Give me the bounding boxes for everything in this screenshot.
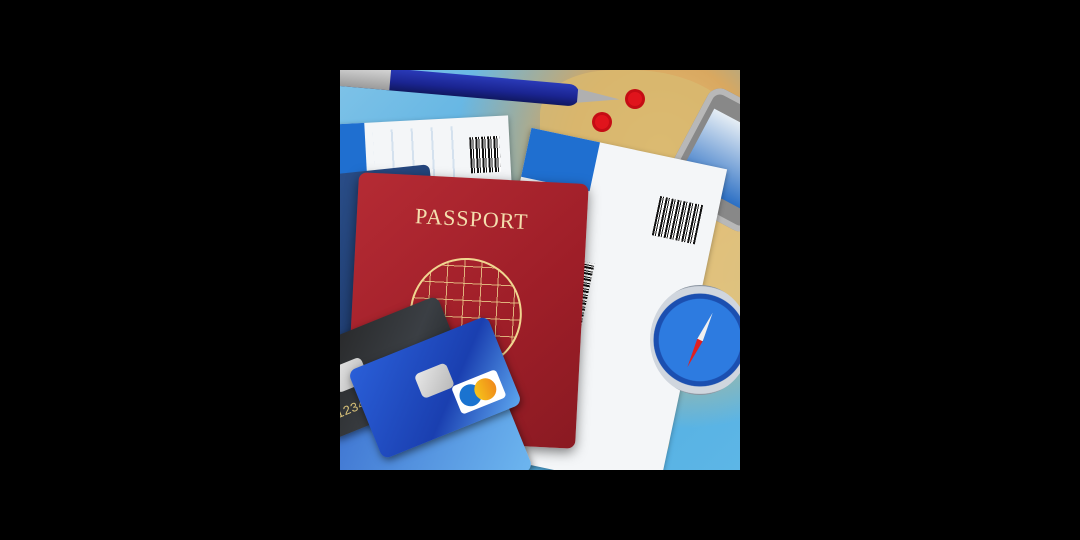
pen	[340, 70, 580, 107]
push-pin	[595, 115, 609, 129]
barcode	[469, 136, 501, 174]
compass-needle	[685, 312, 716, 369]
barcode	[652, 196, 703, 244]
card-chip	[414, 362, 455, 399]
compass-icon	[650, 285, 740, 395]
card-network-logo-icon	[451, 369, 507, 415]
passport-title: PASSPORT	[356, 200, 587, 238]
push-pin	[628, 92, 642, 106]
travel-photo: PASSPORT 1234	[340, 70, 740, 470]
